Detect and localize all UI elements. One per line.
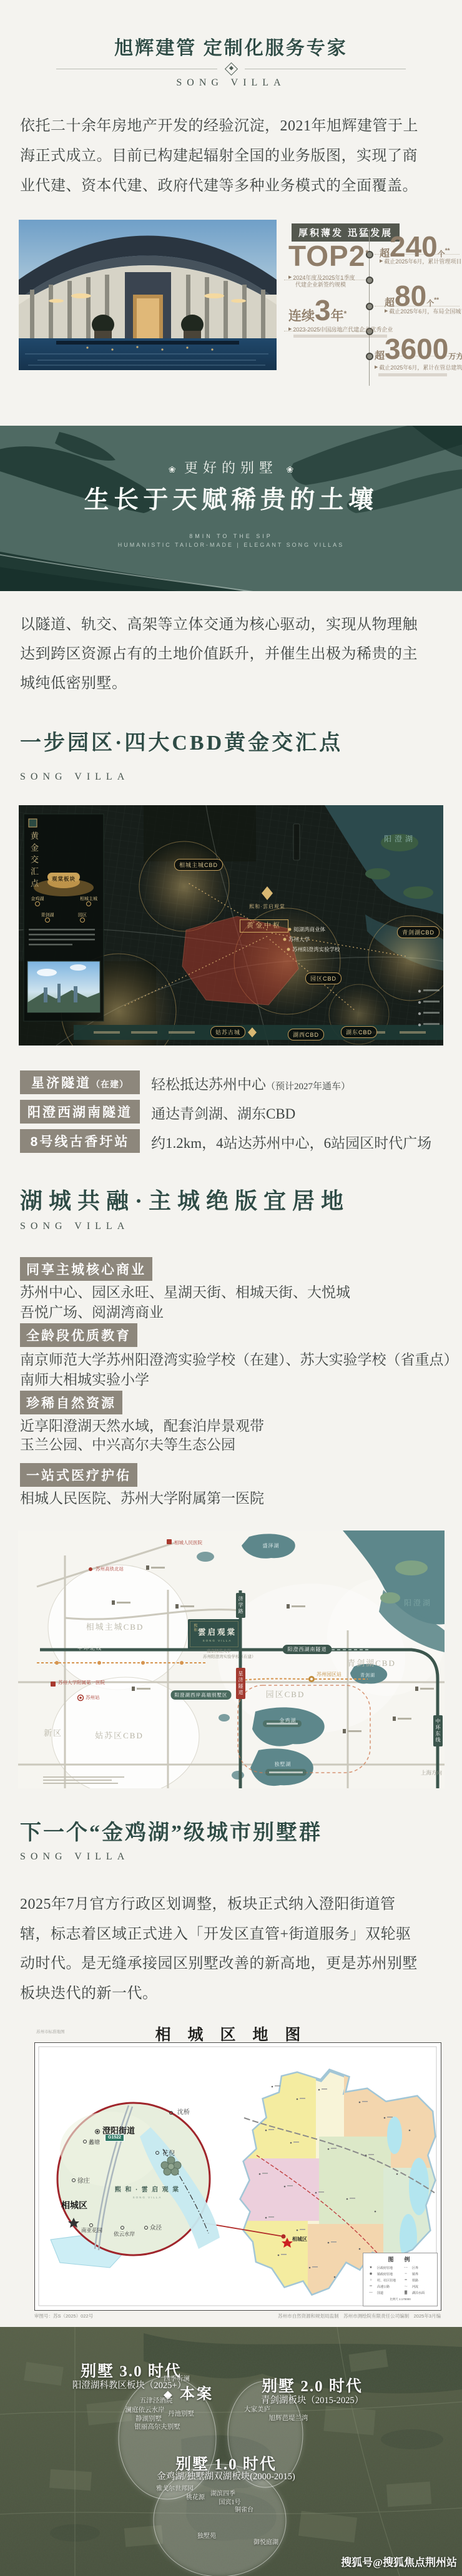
stat-area: 超3600万方** (375, 332, 462, 366)
map-school-label: 南京师范大学 (207, 1649, 231, 1653)
inset-place: 南亚花园 (81, 2228, 102, 2234)
map-lake-label: 青剑湖 (360, 1673, 375, 1678)
era1-project: 御悦庭湖 (253, 2539, 278, 2547)
next-paragraph: 2025年7月官方行政区划调整，板块正式纳入澄阳街道管 辖，标志着区域正式进入「… (20, 1890, 418, 2009)
cbd-map-poi: 苏州阳澄湾实验学校 (292, 947, 340, 953)
legend-item: ○村、社区驻地 (366, 2277, 399, 2283)
highway-shield: G1522 (105, 2134, 124, 2142)
project-box-side: 熙和 (192, 1623, 197, 1632)
map-poi-red: 苏州高铁北站 (96, 1567, 124, 1572)
transit-row: 8号线古香圩站 约1.2km，4站达苏州中心，6站园区时代广场 (20, 1129, 431, 1153)
transit-text: 轻松抵达苏州中心（预计2027年通车） (151, 1070, 350, 1094)
paragraph-line: 动时代。是无缝承接园区别墅改善的新高地，更是苏州别墅 (20, 1949, 418, 1979)
paragraph-line: 业代建、资本代建、政府代建等多种业务模式的全面覆盖。 (20, 171, 418, 201)
legend-item: ★区政府驻地 (366, 2265, 399, 2271)
map-tunnel-label: 星济隧道 (236, 1668, 245, 1699)
paragraph-line: 辖，标志着区域正式进入「开发区直管+街道服务」双轮驱 (20, 1920, 418, 1950)
legend-item: 〜河流 (401, 2283, 434, 2290)
cbd-map-graphic (19, 805, 443, 1046)
era2-project: 大家美庐 (244, 2406, 270, 2414)
amenity-line: 苏州中心、园区永旺、星湖天街、相城天街、大悦城 (20, 1281, 350, 1301)
cbd-map-pill: 相城主城CBD (174, 859, 223, 871)
next-heading: 下一个“金鸡湖”级城市别墅群 (20, 1815, 322, 1846)
transit-row: 星济隧道（在建） 轻松抵达苏州中心（预计2027年通车） (20, 1070, 350, 1094)
stat-years: 连续3年* (288, 293, 346, 327)
legend-columns: ★区政府驻地 ◉镇政府驻地 ○村、社区驻地 ═高速公路 —国道 -·-区界 ╌镇… (366, 2265, 434, 2296)
paragraph-line: 板块迭代的新一代。 (20, 1979, 418, 2009)
district-map-corner-note: 苏州市标准地图 (36, 2029, 65, 2034)
era2-subtitle: 青剑湖板块（2015-2025） (261, 2396, 363, 2406)
paragraph-line: 2025年7月官方行政区划调整，板块正式纳入澄阳街道管 (20, 1890, 418, 1920)
map-footer-left: 审图号：苏S（2025）022号 (34, 2313, 93, 2319)
cbd-paragraph: 以隧道、轨交、高架等立体交通为核心驱动，实现从物理触 达到跨区资源占有的土地价值… (20, 610, 418, 698)
villa-eras-satellite-image: 别墅 3.0 时代 阳澄湖科教区板块（2025+） 四季听澜 ◆ 本案 五津泾酒… (0, 2327, 462, 2576)
flag-icon: ▶ (375, 365, 378, 370)
map-area-label: 园区CBD (266, 1690, 305, 1700)
inset-project-name: 熙 和 · 雲 启 观 棠 (115, 2187, 180, 2194)
map-footer-right: 苏州市自然资源和规划局监制 苏州市测绘院有限责任公司编制 2025年3月编 (278, 2313, 441, 2319)
legend-item: ◉镇政府驻地 (366, 2271, 399, 2277)
era1-subtitle: 金鸡湖/独墅湖双湖板块(2000-2015) (157, 2472, 295, 2482)
transit-text: 通达青剑湖、湖东CBD (151, 1100, 295, 1123)
livable-heading: 湖城共融·主城绝版宜居地 (20, 1183, 350, 1215)
amenity-badge: 珍稀自然资源 (20, 1391, 122, 1414)
map-lake-label: 金鸡湖 (280, 1718, 297, 1723)
divider-left (56, 69, 217, 69)
diamond-icon (225, 62, 238, 76)
map-area-label: 青剑湖CBD (347, 1659, 396, 1668)
era3-project: 静湖别墅 (135, 2416, 162, 2423)
cbd-map-node: 相城主城 (80, 897, 97, 902)
banner-english-line2: HUMANISTIC TAILOR-MADE | ELEGANT SONG VI… (118, 542, 344, 548)
legend-item: -·-区界 (401, 2265, 434, 2271)
cbd-map-hub-label: 黄金中枢 (240, 919, 288, 933)
cbd-map-image: 阳澄湖 黄金交汇点 观棠板块 金鸡湖 相城主城 青剑湖 园区 相城主城CBD 园… (19, 805, 443, 1046)
era3-project: 澜庭依云水岸 (125, 2407, 165, 2414)
cbd-map-pill: 青剑湖CBD (397, 926, 440, 938)
building-photo (19, 220, 277, 370)
legend-scale: 比例尺 1:170000 (366, 2298, 434, 2301)
stat-fineprint-bar (293, 335, 387, 338)
stat-projects-note: ▶截止2025年6月，累计管理项目 (380, 257, 461, 265)
stat-area-note: ▶截止2025年6月，累计在管总建筑面积 (375, 363, 462, 371)
amenity-badge: 同享主城核心商业 (20, 1257, 152, 1281)
map-road-label: 中环北线 (77, 1645, 102, 1651)
map-lake-label: 独墅湖 (275, 1761, 292, 1767)
map-area-label: 姑苏区CBD (95, 1731, 144, 1741)
livable-brand: SONG VILLA (20, 1221, 129, 1232)
cbd-map-diagram-center: 观棠板块 (52, 876, 76, 883)
building-photo-graphic (19, 220, 277, 370)
legend-item: ═高速公路 (366, 2283, 399, 2290)
amenity-line: 玉兰公园、中兴高尔夫等生态公园 (20, 1433, 235, 1454)
era3-project: 五津泾酒院 (140, 2397, 173, 2405)
map-road-label: 济学路 (236, 1593, 245, 1618)
map-legend: 图 例 ★区政府驻地 ◉镇政府驻地 ○村、社区驻地 ═高速公路 —国道 -·-区… (363, 2253, 438, 2306)
amenity-line: 南师大相城实验小学 (20, 1368, 149, 1389)
paragraph-line: 城纯低密别墅。 (20, 669, 418, 698)
location-map-image: 相城主城CBD 姑苏区CBD 新区 园区CBD 青剑湖CBD 阳澄湖 盛泽湖 青… (18, 1530, 445, 1788)
amenity-line: 近享阳澄湖天然水域，配套泊岸景观带 (20, 1414, 264, 1435)
cbd-heading: 一步园区·四大CBD黄金交汇点 (20, 725, 343, 756)
inset-place: 徐庄 (77, 2178, 90, 2185)
map-tunnel-label: 阳澄西湖南隧道 (283, 1645, 332, 1654)
era1-project: 桃花源 (186, 2494, 205, 2502)
stat-top2-star: * (365, 248, 369, 258)
intro-paragraph: 依托二十余年房地产开发的经验沉淀，2021年旭辉建管于上 海正式成立。目前已构建… (20, 111, 418, 201)
legend-item: ▓湖泊水面 (401, 2290, 434, 2296)
transit-badge: 8号线古香圩站 (20, 1129, 140, 1153)
paragraph-line: 达到跨区资源占有的土地价值跃升，并催生出极为稀贵的主 (20, 640, 418, 669)
cbd-map-pill: 湖东CBD (341, 1026, 377, 1038)
map-school-label: 苏州阳澄湾实验学校（在建） (203, 1655, 256, 1659)
amenity-line: 南京师范大学苏州阳澄湾实验学校（在建）、苏大实验学校（省重点） (20, 1348, 458, 1369)
cbd-map-node: 青剑湖 (41, 913, 54, 918)
inset-place: 依云水岸 (114, 2231, 135, 2238)
era3-project: 银丽高尔夫别墅 (134, 2424, 180, 2431)
cbd-map-pill: 湖西CBD (288, 1029, 324, 1041)
map-lake-label: 盛泽湖 (263, 1543, 280, 1549)
amenity-badge: 一站式医疗护佑 (20, 1463, 137, 1487)
amenity-line: 相城人民医院、苏州大学附属第一医院 (20, 1487, 264, 1507)
era2-project: 旭辉芭堤兰湾 (269, 2415, 308, 2422)
map-poi-red: 苏州大学附属第一医院 (58, 1680, 105, 1686)
paragraph-line: 依托二十余年房地产开发的经验沉淀，2021年旭辉建管于上 (20, 111, 418, 141)
cbd-map-poi: 阅湖湾商业体 (293, 927, 325, 933)
legend-title: 图 例 (366, 2255, 434, 2263)
era1-project: 铜雀台 (235, 2507, 253, 2514)
banner-headline: 生长于天赋稀贵的土壤 (84, 486, 378, 514)
flower-icon: ❀ (169, 466, 176, 475)
timeline-dot (366, 353, 373, 360)
stat-top2: TOP2* (288, 239, 369, 273)
legend-item: —国道 (366, 2290, 399, 2296)
transit-badge: 阳澄西湖南隧道 (20, 1100, 140, 1124)
divider-right (245, 69, 406, 69)
stat-top2-value: TOP2 (288, 240, 365, 272)
watermark: 搜狐号@搜狐焦点荆州站 (341, 2557, 457, 2569)
cbd-map-pill: 园区CBD (305, 972, 342, 984)
map-direction-label: 上海方向 (421, 1770, 442, 1776)
cbd-map-node: 园区 (78, 913, 87, 918)
era1-project: 雅戈尔世邦园 (156, 2485, 194, 2493)
era1-project: 湖滨四季 (210, 2490, 235, 2498)
satellite-graphic (0, 2327, 462, 2576)
timeline-dot (366, 277, 373, 284)
paragraph-line: 以隧道、轨交、高架等立体交通为核心驱动，实现从物理触 (20, 610, 418, 640)
map-district-label: 相城区 (292, 2236, 307, 2242)
flag-icon: ▶ (380, 259, 383, 263)
era3-project: 四季听澜 (164, 2376, 190, 2383)
stat-fineprint-bar (378, 373, 447, 376)
page-title: 旭辉建管 定制化服务专家 (114, 32, 348, 60)
transit-badge: 星济隧道（在建） (20, 1070, 140, 1094)
cbd-map-poi: 苏州大学 (288, 937, 310, 943)
amenity-badge: 全龄段优质教育 (20, 1323, 137, 1347)
next-brand: SONG VILLA (20, 1851, 129, 1863)
inset-district: 相城区 (61, 2201, 87, 2211)
era1-project: 国宾1号 (219, 2499, 241, 2507)
banner-tagline: ❀ 更好的别墅 ❀ (169, 460, 293, 476)
cbd-map-panel-title: 黄金交汇点 (29, 831, 38, 891)
stat-cities-note: ▶截止2025年6月，布局全国城市 (385, 307, 462, 315)
hero-banner: ❀ 更好的别墅 ❀ 生长于天赋稀贵的土壤 8MIN TO THE SIP HUM… (0, 426, 462, 591)
project-box-name: 雲启观棠 (198, 1628, 237, 1637)
flag-icon: ▶ (288, 275, 292, 280)
inset-place: 花倪 (162, 2150, 175, 2158)
map-area-label: 相城主城CBD (86, 1623, 144, 1632)
map-road-label: 中环东线 (433, 1715, 443, 1746)
cbd-map-node: 金鸡湖 (31, 897, 44, 902)
legend-item: ╌镇界 (401, 2271, 434, 2277)
brand-subtitle: SONG VILLA (176, 77, 285, 89)
inset-place: 众泾 (150, 2225, 162, 2232)
amenity-line: 吾悦广场、阅湖湾商业 (20, 1301, 164, 1321)
map-station-label: 苏州园区站 (317, 1672, 342, 1677)
map-poi-red: 苏州站 (86, 1695, 100, 1701)
flag-icon: ▶ (385, 309, 388, 313)
transit-text: 约1.2km，4站达苏州中心，6站园区时代广场 (151, 1129, 431, 1152)
map-poi-red: 相城人民医院 (174, 1540, 202, 1546)
inset-project-sub: SONG VILLA (133, 2196, 162, 2199)
cbd-map-pill: 姑苏古城 (210, 1026, 245, 1038)
district-map-title: 相 城 区 地 图 (155, 2022, 307, 2045)
inset-place: 沈桥 (177, 2109, 190, 2117)
promo-article-page: 旭辉建管 定制化服务专家 SONG VILLA 依托二十余年房地产开发的经验沉淀… (0, 0, 462, 2576)
district-map-image: 沈桥 澄阳街道 蠡塘 花倪 徐庄 相城区 南亚花园 依云水岸 众泾 G1522 … (34, 2042, 441, 2311)
timeline-dot (366, 303, 373, 310)
transit-row: 阳澄西湖南隧道 通达青剑湖、湖东CBD (20, 1100, 295, 1124)
site-marker-label: 本案 (180, 2386, 214, 2404)
stat-top2-note2: 代建企业新签约规模 (295, 280, 346, 288)
flower-icon: ❀ (287, 466, 294, 475)
era2-title: 别墅 2.0 时代 (262, 2378, 363, 2396)
map-area-label: 新区 (44, 1729, 62, 1738)
cbd-brand: SONG VILLA (20, 771, 129, 783)
project-box-sub: SONG VILLA (203, 1639, 232, 1642)
flag-icon: ▶ (288, 327, 292, 331)
cbd-map-lake-label: 阳澄湖 (384, 835, 416, 844)
paragraph-line: 海正式成立。目前已构建起辐射全国的业务版图，实现了商 (20, 141, 418, 171)
cbd-map-project-logo: 熙和·雲启观棠 (249, 904, 285, 909)
era3-project: 丹池别墅 (168, 2411, 194, 2418)
legend-item: ━铁路 (401, 2277, 434, 2283)
era1-project: 独墅苑 (197, 2533, 216, 2540)
map-lake-label: 阳澄湖 (404, 1599, 432, 1608)
banner-english-line1: 8MIN TO THE SIP (189, 533, 273, 539)
map-villa-zone-pill: 阳澄湖西岸高端别墅区 (171, 1690, 232, 1700)
inset-place: 蠡塘 (89, 2139, 100, 2145)
